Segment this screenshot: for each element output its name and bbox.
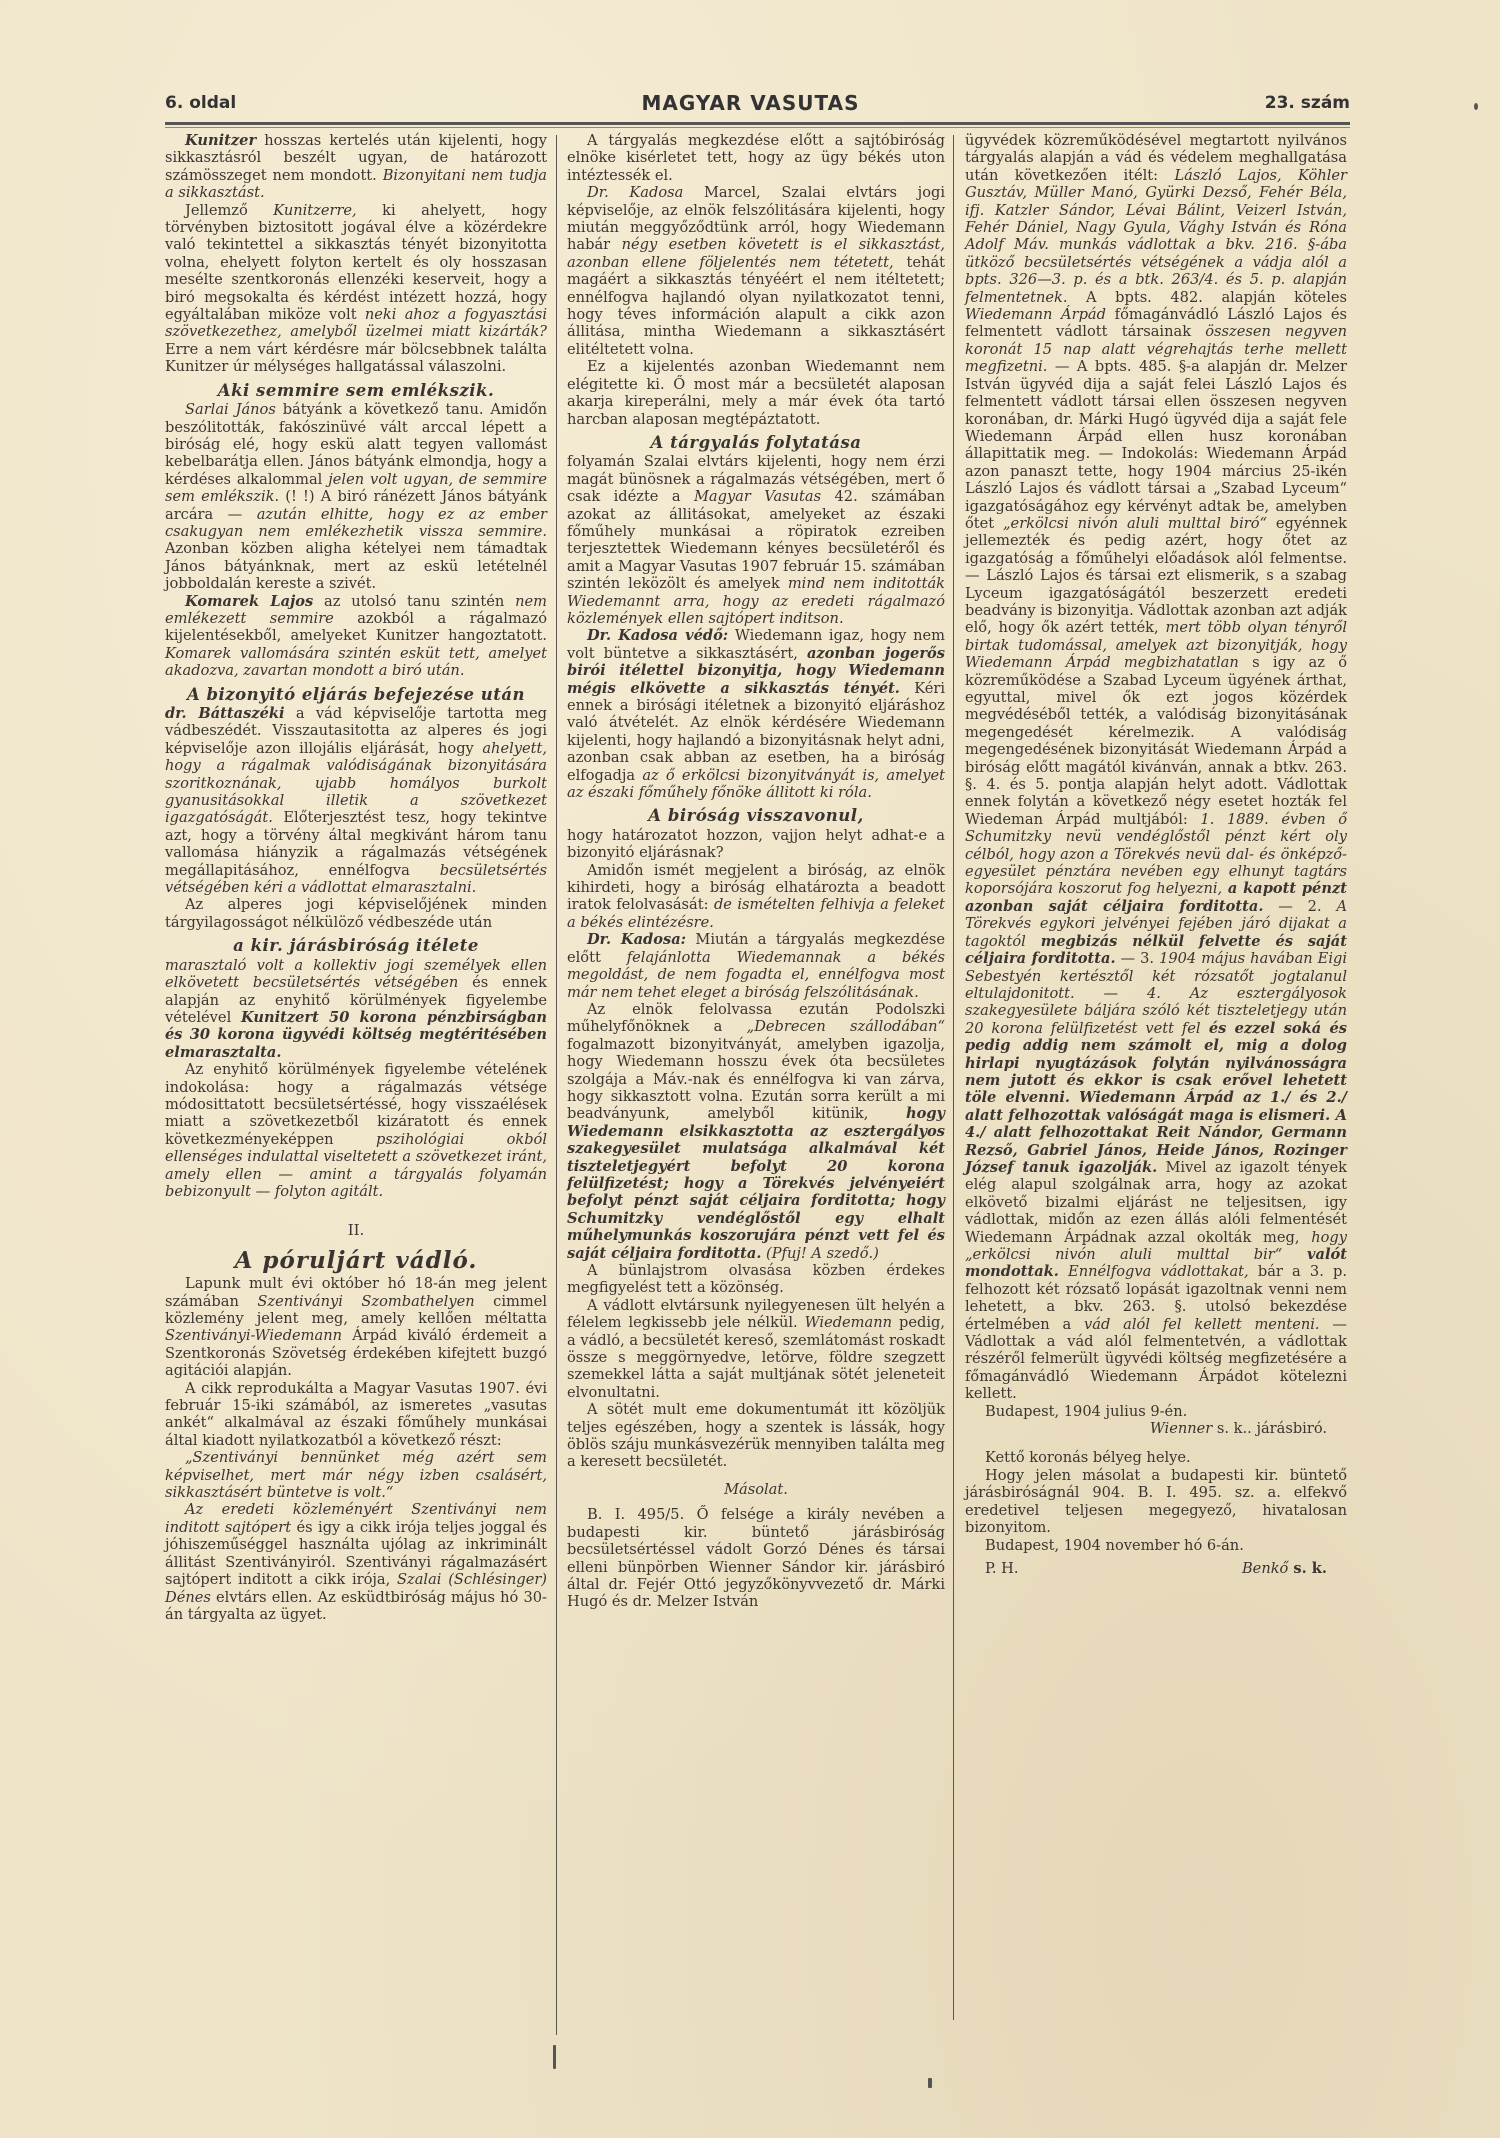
date-line: Budapest, 1904 julius 9-én.	[965, 1403, 1347, 1420]
paragraph: dr. Báttaszéki a vád képviselője tartott…	[165, 705, 547, 896]
signature-clerk: Benkő s. k.	[1242, 1560, 1327, 1577]
paragraph: Sarlai János bátyánk a következő tanu. A…	[165, 401, 547, 592]
paragraph: A cikk reprodukálta a Magyar Vasutas 190…	[165, 1380, 547, 1450]
paragraph: Amidőn ismét megjelent a biróság, az eln…	[567, 862, 945, 932]
paragraph: A vádlott elvtársunk nyilegyenesen ült h…	[567, 1297, 945, 1401]
certification: Hogy jelen másolat a budapesti kir. bünt…	[965, 1467, 1347, 1537]
paragraph: A tárgyalás megkezdése előtt a sajtóbiró…	[567, 132, 945, 184]
paragraph: Ez a kijelentés azonban Wiedemannt nem e…	[567, 358, 945, 428]
paragraph: folyamán Szalai elvtárs kijelenti, hogy …	[567, 453, 945, 627]
subheading: Aki semmire sem emlékszik.	[165, 382, 547, 399]
page-number: 6. oldal	[165, 93, 236, 113]
column-3: ügyvédek közreműködésével megtartott nyi…	[965, 132, 1347, 1577]
subheading: A biróság visszavonul,	[567, 807, 945, 824]
section-number: II.	[165, 1222, 547, 1239]
paragraph: Komarek Lajos az utolsó tanu szintén nem…	[165, 593, 547, 680]
paragraph: Az enyhitő körülmények figyelembe vételé…	[165, 1061, 547, 1200]
page-header: 6. oldal MAGYAR VASUTAS 23. szám	[165, 88, 1350, 118]
paragraph: marasztaló volt a kollektiv jogi személy…	[165, 957, 547, 1061]
paragraph: hogy határozatot hozzon, vajjon helyt ad…	[567, 827, 945, 862]
column-divider-2	[953, 135, 954, 2020]
subheading: A tárgyalás folytatása	[567, 434, 945, 451]
subheading: a kir. járásbiróság itélete	[165, 937, 547, 954]
column-1: Kunitzer hosszas kertelés után kijelenti…	[165, 132, 547, 1623]
print-speck	[1474, 103, 1478, 110]
subheading: A bizonyitó eljárás befejezése után	[165, 686, 547, 703]
header-rule-thin	[165, 127, 1350, 128]
paragraph: ügyvédek közreműködésével megtartott nyi…	[965, 132, 1347, 1403]
stamp-note: Kettő koronás bélyeg helye.	[965, 1449, 1347, 1466]
header-rule	[165, 122, 1350, 125]
paragraph: Dr. Kadosa Marcel, Szalai elvtárs jogi k…	[567, 184, 945, 358]
paragraph: Dr. Kadosa: Miután a tárgyalás megkezdés…	[567, 931, 945, 1001]
paragraph: Lapunk mult évi október hó 18-án meg jel…	[165, 1275, 547, 1379]
signature-judge: Wienner s. k.. járásbiró.	[965, 1420, 1347, 1437]
paragraph: B. I. 495/5. Ő felsége a király nevében …	[567, 1506, 945, 1610]
paragraph: A bünlajstrom olvasása közben érdekes me…	[567, 1262, 945, 1297]
print-speck	[553, 2045, 556, 2069]
paragraph: Az alperes jogi képviselőjének minden tá…	[165, 896, 547, 931]
paragraph: Dr. Kadosa védő: Wiedemann igaz, hogy ne…	[567, 627, 945, 801]
signature-row: P. H. Benkő s. k.	[965, 1560, 1347, 1577]
column-divider-1	[556, 135, 557, 2035]
article-headline: A póruljárt vádló.	[165, 1252, 547, 1269]
date-line: Budapest, 1904 november hó 6-án.	[965, 1537, 1347, 1554]
seal-mark: P. H.	[985, 1560, 1019, 1577]
column-2: A tárgyalás megkezdése előtt a sajtóbiró…	[567, 132, 945, 1611]
paragraph: Az eredeti közleményért Szentiványi nem …	[165, 1501, 547, 1623]
paragraph: Az elnök felolvassa ezután Podolszki műh…	[567, 1001, 945, 1262]
issue-number: 23. szám	[1265, 93, 1350, 113]
paragraph: A sötét mult eme dokumentumát itt közölj…	[567, 1401, 945, 1471]
publication-title: MAGYAR VASUTAS	[641, 91, 859, 115]
paragraph: Jellemző Kunitzerre, ki ahelyett, hogy t…	[165, 202, 547, 376]
copy-label: Másolat.	[567, 1481, 945, 1498]
print-speck	[928, 2078, 932, 2088]
quotation: „Szentiványi bennünket még azért sem kép…	[165, 1449, 547, 1501]
paragraph: Kunitzer hosszas kertelés után kijelenti…	[165, 132, 547, 202]
